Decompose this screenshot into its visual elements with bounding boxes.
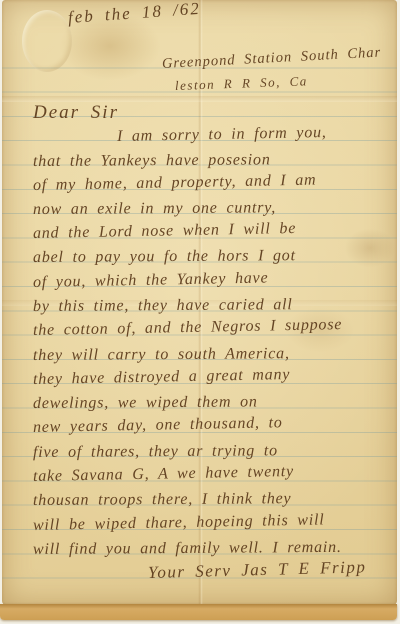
body-line: of you, which the Yankey have: [33, 270, 269, 291]
scanned-letter: feb the 18 /62 Greenpond Station South C…: [0, 0, 400, 624]
body-line: thousan troops there, I think they: [33, 491, 292, 509]
address-line-2: leston R R So, Ca: [175, 74, 308, 92]
body-line: the cotton of, and the Negros I suppose: [33, 317, 343, 339]
body-line: will find you and family well. I remain.: [33, 540, 342, 558]
body-line: that the Yankeys have posesion: [33, 152, 271, 170]
body-line: of my home, and property, and I am: [33, 173, 317, 194]
body-line: five of thares, they ar trying to: [33, 443, 278, 461]
body-line: new years day, one thousand, to: [33, 415, 283, 436]
body-line: and the Lord nose when I will be: [33, 221, 296, 242]
date-line: feb the 18 /62: [67, 0, 201, 26]
body-line: abel to pay you fo the hors I got: [33, 248, 296, 266]
salutation: Dear Sir: [33, 103, 119, 122]
signature-line: Your Serv Jas T E Fripp: [148, 558, 367, 581]
under-sheet-edge: [0, 604, 397, 620]
body-line: they will carry to south America,: [33, 346, 290, 364]
body-line: now an exile in my one cuntry,: [33, 200, 276, 218]
body-line: they have distroyed a great many: [33, 367, 291, 388]
address-line-1: Greenpond Station South Char: [162, 46, 382, 72]
letter-paper: feb the 18 /62 Greenpond Station South C…: [2, 0, 397, 605]
body-line: will be wiped thare, hopeing this will: [33, 512, 325, 534]
embossed-seal: [22, 10, 72, 72]
body-line: by this time, they have caried all: [33, 297, 293, 315]
body-line: I am sorry to in form you,: [117, 125, 327, 145]
body-line: take Savana G, A we have twenty: [33, 464, 294, 485]
body-line: dewelings, we wiped them on: [33, 394, 258, 412]
